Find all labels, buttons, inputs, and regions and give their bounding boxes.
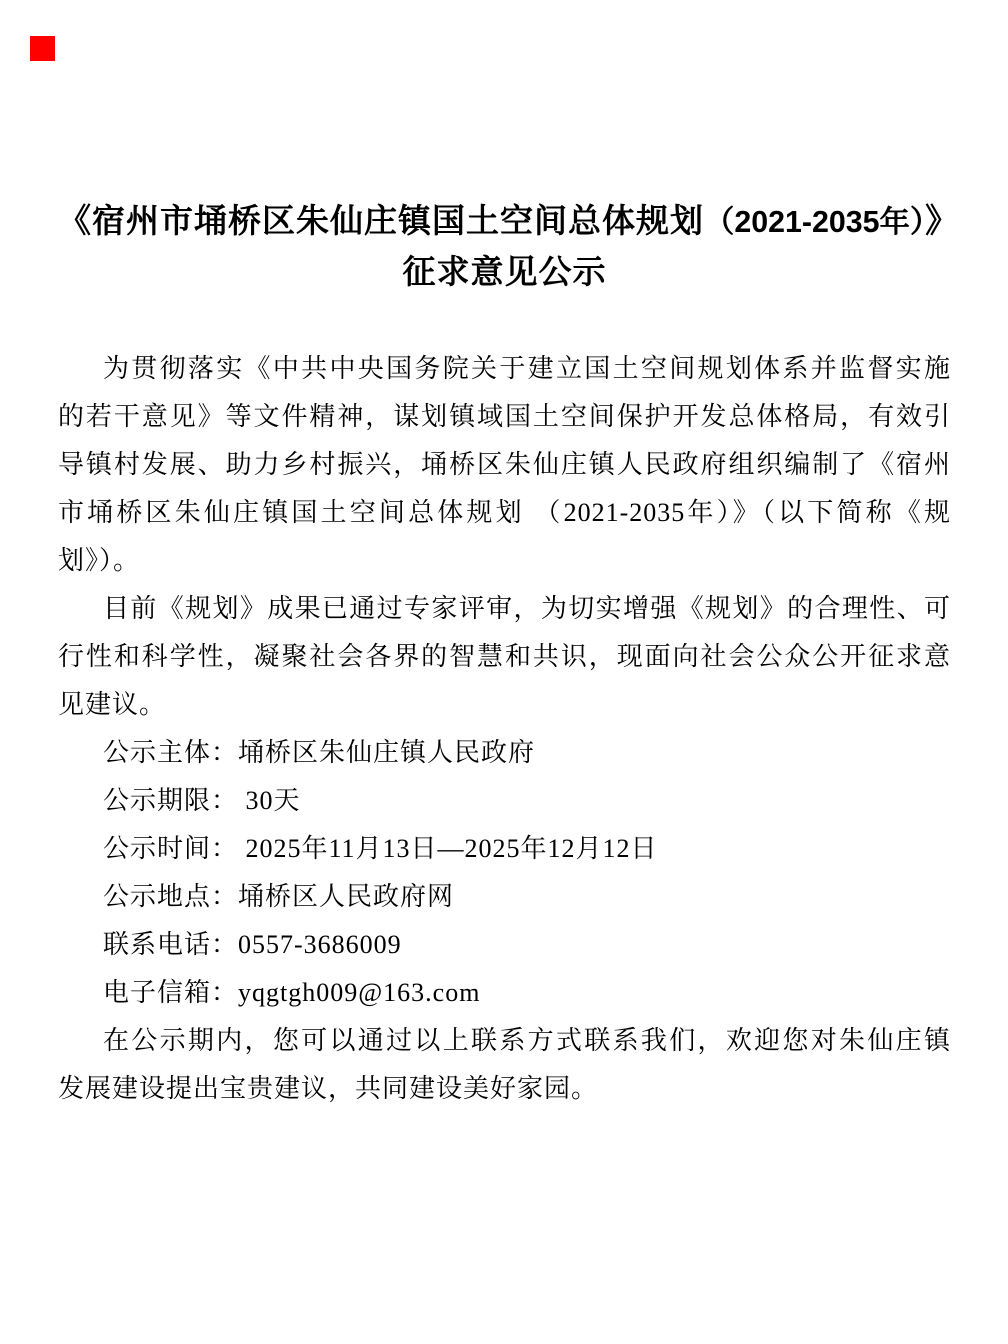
paragraph1-line: 市埇桥区朱仙庄镇国土空间总体规划 （2021-2035年）》（以下简称《规 [58, 489, 951, 537]
paragraph2-line: 行性和科学性，凝聚社会各界的智慧和共识，现面向社会公众公开征求意 [58, 633, 951, 681]
document-title-line-2: 征求意见公示 [58, 248, 951, 298]
paragraph2-line: 见建议。 [58, 681, 951, 729]
notice-location-line: 公示地点：埇桥区人民政府网 [58, 873, 951, 921]
closing-line: 在公示期内，您可以通过以上联系方式联系我们，欢迎您对朱仙庄镇 [58, 1017, 951, 1065]
document-title-line-1: 《宿州市埇桥区朱仙庄镇国土空间总体规划（2021-2035年）》 [58, 197, 951, 248]
paragraph1-line: 为贯彻落实《中共中央国务院关于建立国土空间规划体系并监督实施 [58, 345, 951, 393]
document-body: 为贯彻落实《中共中央国务院关于建立国土空间规划体系并监督实施 的若干意见》等文件… [58, 345, 951, 1113]
document-page: 《宿州市埇桥区朱仙庄镇国土空间总体规划（2021-2035年）》 征求意见公示 … [0, 0, 1008, 1344]
closing-line: 发展建设提出宝贵建议，共同建设美好家园。 [58, 1065, 951, 1113]
notice-subject-line: 公示主体：埇桥区朱仙庄镇人民政府 [58, 729, 951, 777]
notice-email-line: 电子信箱：yqgtgh009@163.com [58, 969, 951, 1017]
paragraph1-line: 导镇村发展、助力乡村振兴，埇桥区朱仙庄镇人民政府组织编制了《宿州 [58, 441, 951, 489]
title-text-suffix: 》 [925, 204, 959, 240]
title-year-range: （2021-2035年） [704, 206, 925, 239]
paragraph1-line: 划》）。 [58, 537, 951, 585]
document-content: 《宿州市埇桥区朱仙庄镇国土空间总体规划（2021-2035年）》 征求意见公示 … [0, 0, 1008, 1113]
notice-phone-line: 联系电话：0557-3686009 [58, 921, 951, 969]
title-text-prefix: 《宿州市埇桥区朱仙庄镇国土空间总体规划 [58, 204, 704, 240]
notice-time-line: 公示时间： 2025年11月13日—2025年12月12日 [58, 825, 951, 873]
notice-duration-line: 公示期限： 30天 [58, 777, 951, 825]
paragraph2-line: 目前《规划》成果已通过专家评审，为切实增强《规划》的合理性、可 [58, 585, 951, 633]
paragraph1-line: 的若干意见》等文件精神，谋划镇域国土空间保护开发总体格局，有效引 [58, 393, 951, 441]
red-square-marker [30, 36, 55, 61]
